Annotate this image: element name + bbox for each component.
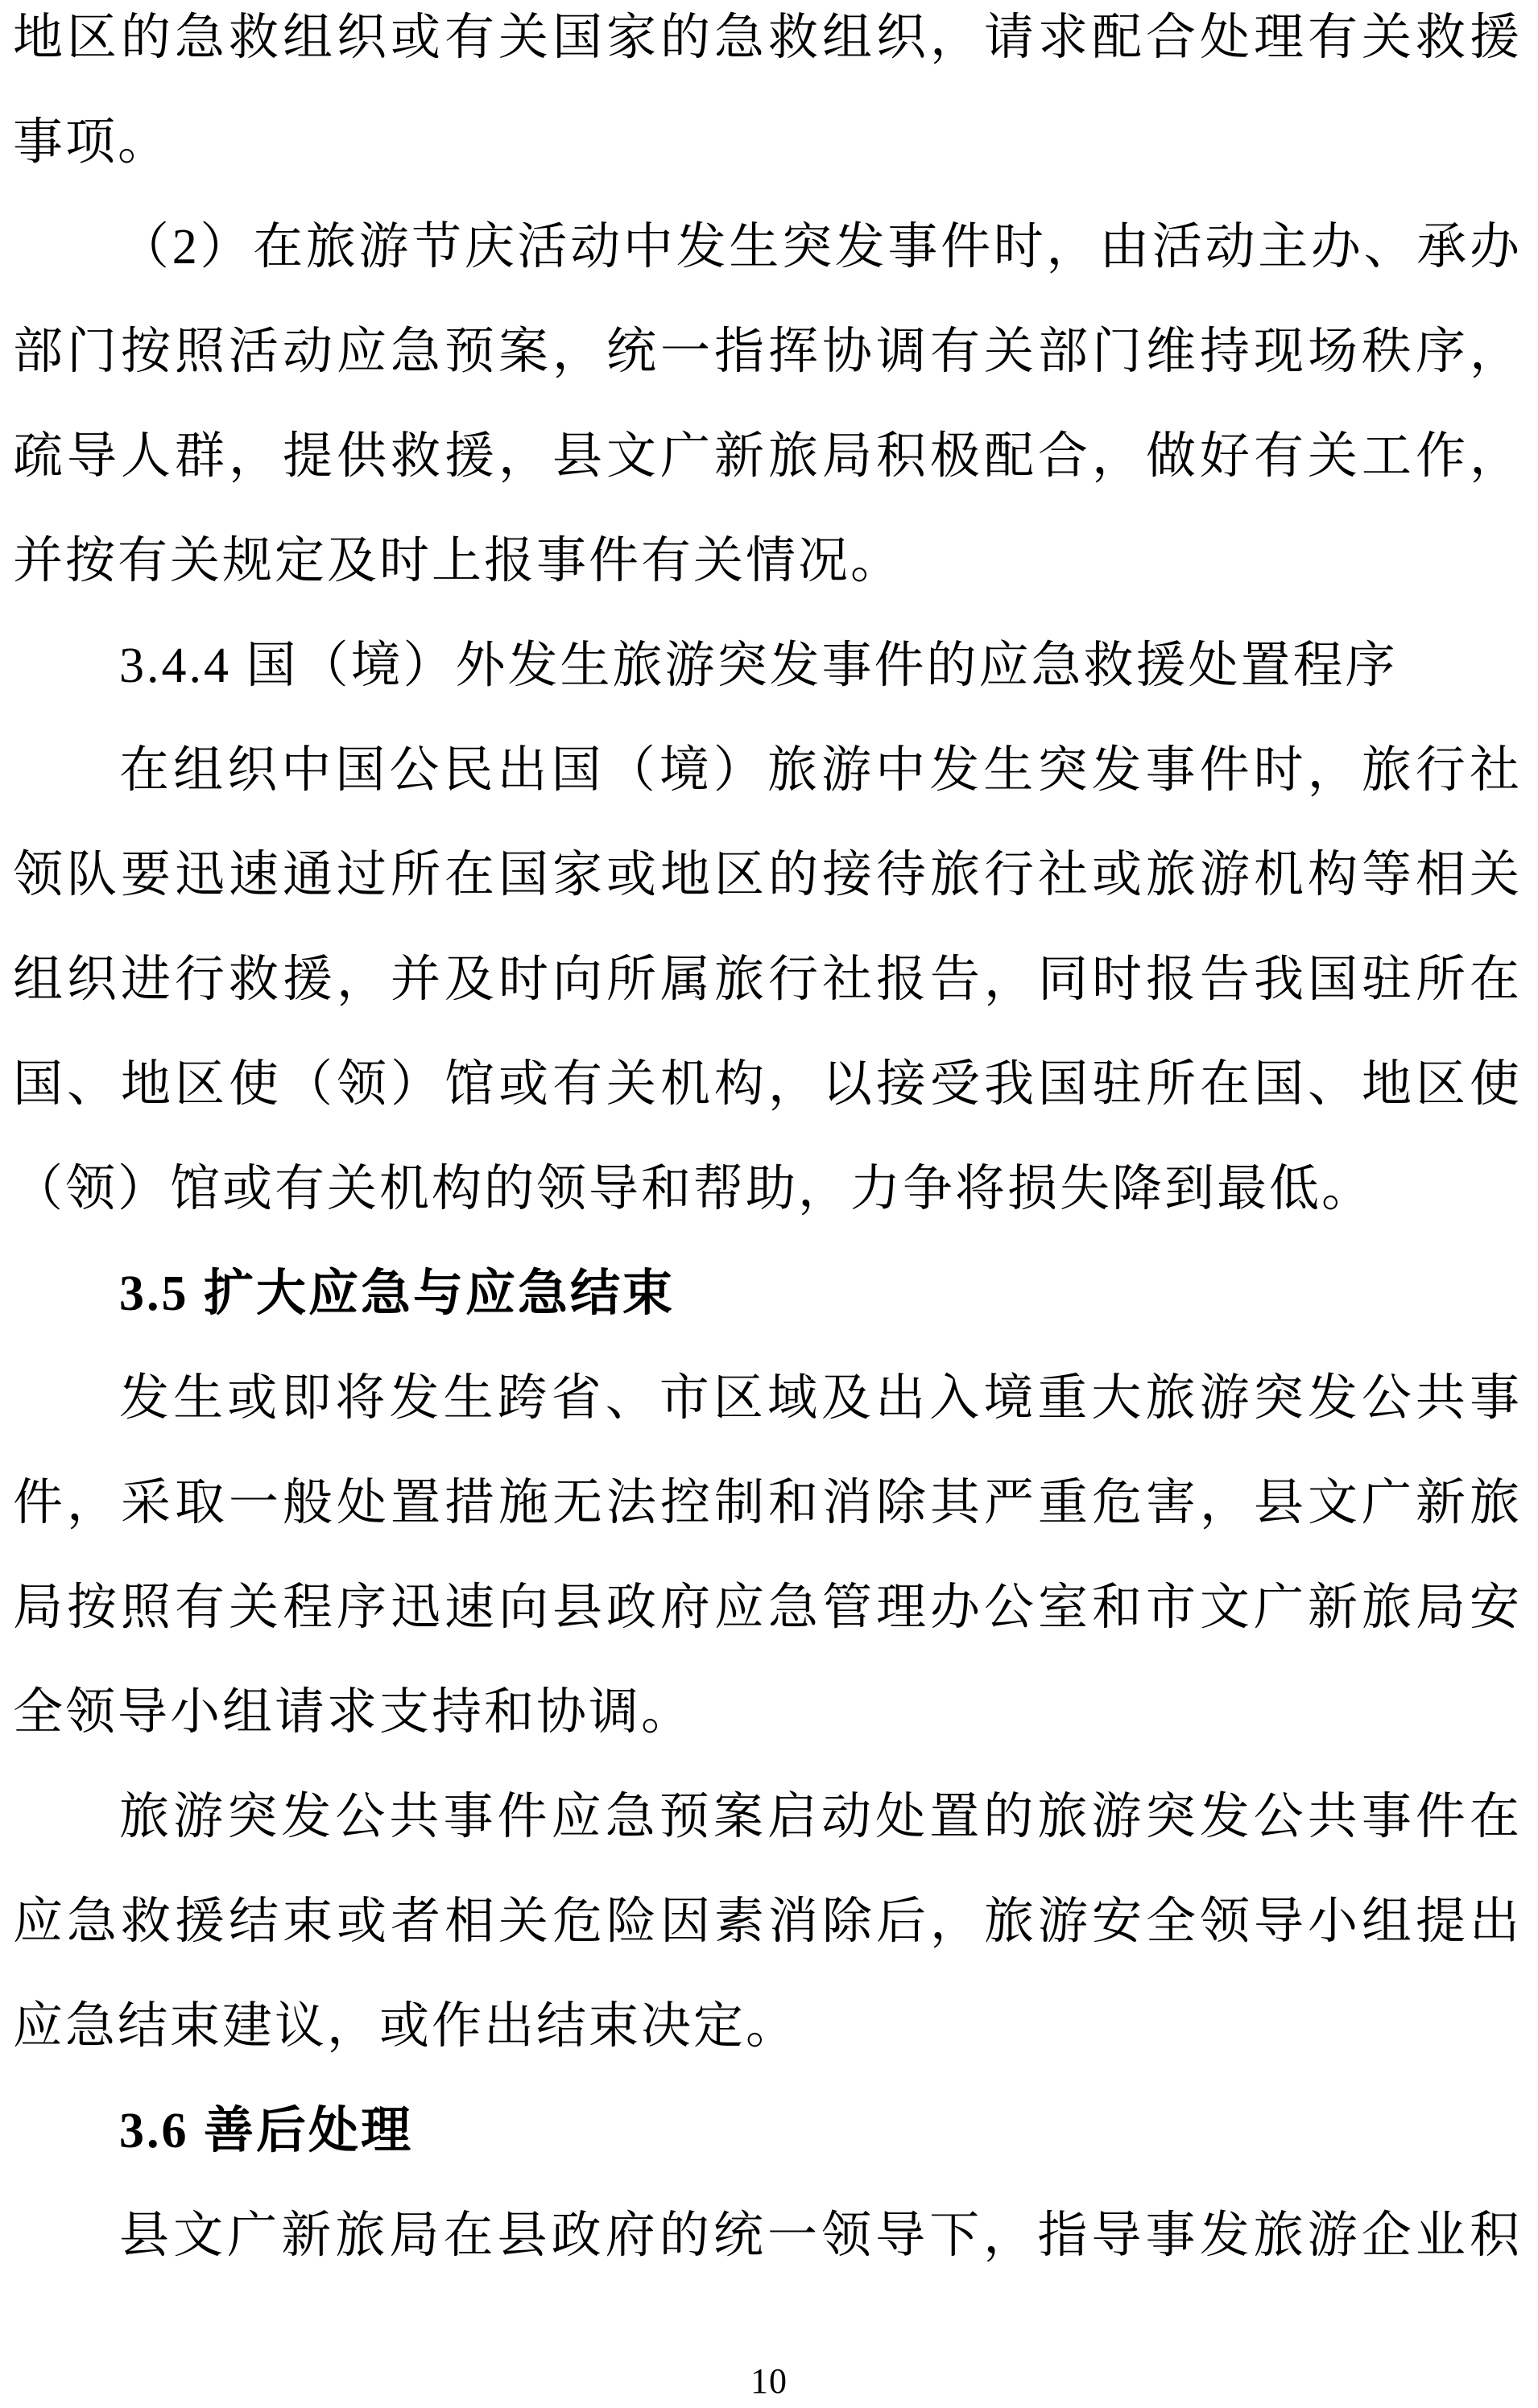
text-line: 发生或即将发生跨省、市区域及出入境重大旅游突发公共事: [13, 1346, 1522, 1451]
text-line: （2）在旅游节庆活动中发生突发事件时，由活动主办、承办: [13, 195, 1522, 299]
text-line: （领）馆或有关机构的领导和帮助，力争将损失降到最低。: [13, 1137, 1522, 1241]
text-line: 旅游突发公共事件应急预案启动处置的旅游突发公共事件在: [13, 1765, 1522, 1869]
text-line: 地区的急救组织或有关国家的急救组织，请求配合处理有关救援: [13, 0, 1522, 90]
document-page: 地区的急救组织或有关国家的急救组织，请求配合处理有关救援事项。（2）在旅游节庆活…: [0, 0, 1538, 2408]
document-body: 地区的急救组织或有关国家的急救组织，请求配合处理有关救援事项。（2）在旅游节庆活…: [13, 0, 1522, 2288]
text-line: 局按照有关程序迅速向县政府应急管理办公室和市文广新旅局安: [13, 1555, 1522, 1660]
text-line: 部门按照活动应急预案，统一指挥协调有关部门维持现场秩序，: [13, 299, 1522, 404]
text-line: 县文广新旅局在县政府的统一领导下，指导事发旅游企业积: [13, 2183, 1522, 2288]
text-line: 事项。: [13, 90, 1522, 195]
section-heading: 3.5 扩大应急与应急结束: [13, 1241, 1522, 1346]
page-number: 10: [0, 2361, 1538, 2402]
text-line: 组织进行救援，并及时向所属旅行社报告，同时报告我国驻所在: [13, 927, 1522, 1032]
text-line: 领队要迅速通过所在国家或地区的接待旅行社或旅游机构等相关: [13, 823, 1522, 927]
text-line: 件，采取一般处置措施无法控制和消除其严重危害，县文广新旅: [13, 1451, 1522, 1555]
text-line: 并按有关规定及时上报事件有关情况。: [13, 509, 1522, 613]
section-heading: 3.6 善后处理: [13, 2079, 1522, 2183]
text-line: 应急结束建议，或作出结束决定。: [13, 1974, 1522, 2079]
text-line: 在组织中国公民出国（境）旅游中发生突发事件时，旅行社: [13, 718, 1522, 823]
text-line: 全领导小组请求支持和协调。: [13, 1660, 1522, 1765]
text-line: 应急救援结束或者相关危险因素消除后，旅游安全领导小组提出: [13, 1869, 1522, 1974]
text-line: 疏导人群，提供救援，县文广新旅局积极配合，做好有关工作，: [13, 404, 1522, 509]
text-line: 国、地区使（领）馆或有关机构，以接受我国驻所在国、地区使: [13, 1032, 1522, 1137]
text-line: 3.4.4 国（境）外发生旅游突发事件的应急救援处置程序: [13, 613, 1522, 718]
